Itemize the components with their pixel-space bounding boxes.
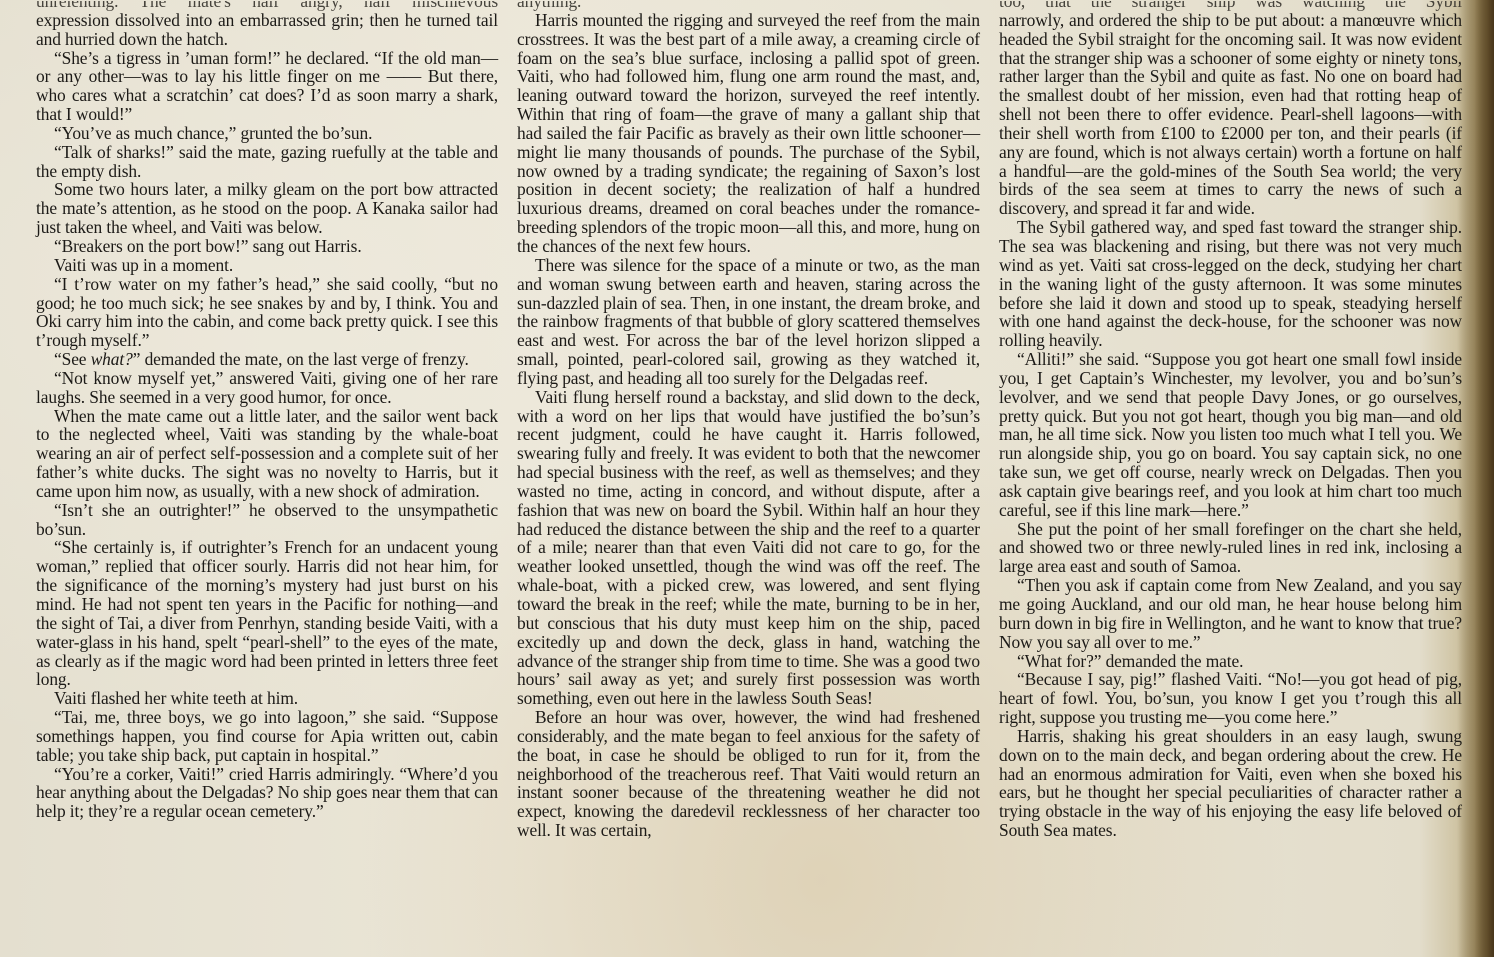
paragraph: “Then you ask if captain come from New Z… — [999, 576, 1462, 651]
text-column-3: too, that the stranger ship was watching… — [999, 0, 1462, 840]
paragraph: “She’s a tigress in ’uman form!” he decl… — [36, 49, 498, 124]
paragraph: expression dissolved into an embarrassed… — [36, 11, 498, 49]
paragraph: “You’re a corker, Vaiti!” cried Harris a… — [36, 765, 498, 822]
paragraph: “Isn’t she an outrighter!” he observed t… — [36, 501, 498, 539]
paragraph: Vaiti flung herself round a backstay, an… — [517, 388, 980, 708]
paragraph: narrowly, and ordered the ship to be put… — [999, 11, 1462, 218]
paragraph: “She certainly is, if outrighter’s Frenc… — [36, 538, 498, 689]
cut-off-top-line: anything. — [517, 0, 980, 11]
text-column-2: anything. Harris mounted the rigging and… — [517, 0, 980, 840]
paragraph-text: “See — [54, 349, 91, 369]
paragraph: Some two hours later, a milky gleam on t… — [36, 180, 498, 237]
text-column-1: unrelenting. The mate's half angry, half… — [36, 0, 498, 821]
paragraph: “You’ve as much chance,” grunted the bo’… — [36, 124, 498, 143]
italic-emphasis: what? — [91, 349, 133, 369]
paragraph: Vaiti flashed her white teeth at him. — [36, 689, 498, 708]
paragraph-text: ” demanded the mate, on the last verge o… — [133, 349, 469, 369]
paragraph: “Because I say, pig!” flashed Vaiti. “No… — [999, 670, 1462, 727]
paragraph: “What for?” demanded the mate. — [999, 652, 1462, 671]
paragraph: Before an hour was over, however, the wi… — [517, 708, 980, 840]
binding-shadow — [1458, 0, 1494, 957]
paragraph: “See what?” demanded the mate, on the la… — [36, 350, 498, 369]
paragraph: “Not know myself yet,” answered Vaiti, g… — [36, 369, 498, 407]
paragraph: “Tai, me, three boys, we go into lagoon,… — [36, 708, 498, 765]
paragraph: “Talk of sharks!” said the mate, gazing … — [36, 143, 498, 181]
paragraph: She put the point of her small forefinge… — [999, 520, 1462, 577]
paragraph: Harris mounted the rigging and surveyed … — [517, 11, 980, 256]
paragraph: The Sybil gathered way, and sped fast to… — [999, 218, 1462, 350]
paragraph: “Alliti!” she said. “Suppose you got hea… — [999, 350, 1462, 520]
cut-off-top-line: too, that the stranger ship was watching… — [999, 0, 1462, 11]
paragraph: Vaiti was up in a moment. — [36, 256, 498, 275]
paragraph: “I t’row water on my father’s head,” she… — [36, 275, 498, 350]
paragraph: “Breakers on the port bow!” sang out Har… — [36, 237, 498, 256]
paragraph: When the mate came out a little later, a… — [36, 407, 498, 501]
magazine-page: unrelenting. The mate's half angry, half… — [0, 0, 1494, 957]
paragraph: Harris, shaking his great shoulders in a… — [999, 727, 1462, 840]
cut-off-top-line: unrelenting. The mate's half angry, half… — [36, 0, 498, 11]
paragraph: There was silence for the space of a min… — [517, 256, 980, 388]
